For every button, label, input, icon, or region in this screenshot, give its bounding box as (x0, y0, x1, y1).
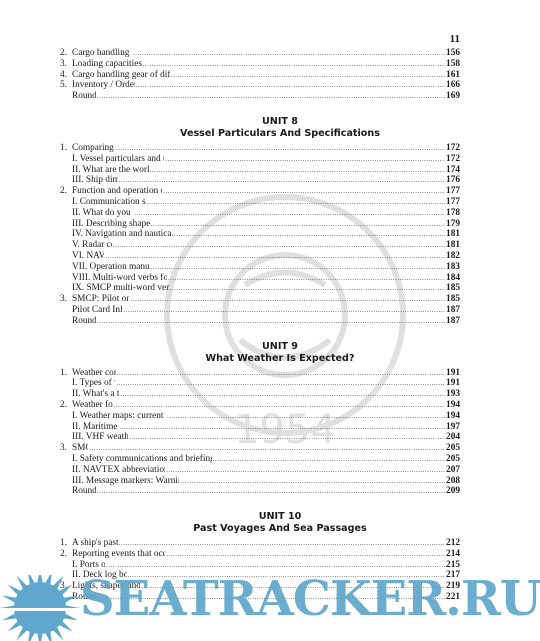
entry-number: 3. (60, 581, 72, 592)
dot-leader (120, 422, 446, 433)
entry-page: 205 (446, 443, 460, 454)
toc-entry[interactable]: II. What do you use this for?178 (60, 208, 460, 219)
entry-title: III. Ship dimensions (72, 175, 118, 186)
entry-title: VI. NAVTEX (72, 251, 104, 262)
dot-leader (166, 465, 445, 476)
dot-leader (113, 240, 445, 251)
dot-leader (119, 538, 445, 549)
dot-leader (130, 294, 445, 305)
toc-entry[interactable]: 1.Comparing vessels172 (60, 143, 460, 154)
entry-title: IX. SMCP multi-word verbs for various op… (72, 283, 169, 294)
entry-title: A ship's past voyage (72, 538, 118, 549)
entry-title: Weather conditions (72, 368, 116, 379)
toc-entry[interactable]: 4.Cargo handling gear of different types… (60, 70, 460, 81)
entry-page: 172 (446, 154, 460, 165)
dot-leader (129, 432, 445, 443)
toc-entry[interactable]: VI. NAVTEX182 (60, 251, 460, 262)
toc-entry[interactable]: 1.A ship's past voyage212 (60, 538, 460, 549)
toc-entry[interactable]: IV. Navigation and nautical equipment on… (60, 229, 460, 240)
entry-page: 214 (446, 549, 460, 560)
entry-number: 1. (60, 368, 72, 379)
toc-entry[interactable]: I. Types of weather191 (60, 378, 460, 389)
entry-title: I. Ports of call (72, 560, 105, 571)
dot-leader (133, 48, 445, 59)
entry-title: VII. Operation manuals: SART, Radar (72, 262, 150, 273)
dot-leader (114, 400, 445, 411)
entry-title: SMCP: Pilot on the bridge (72, 294, 129, 305)
dot-leader (163, 186, 445, 197)
toc-entry[interactable]: V. Radar controls181 (60, 240, 460, 251)
entry-page: 177 (446, 197, 460, 208)
entry-title: Function and operation of equipment on b… (72, 186, 162, 197)
entry-title: I. Types of weather (72, 378, 115, 389)
toc-entry[interactable]: III. Ship dimensions176 (60, 175, 460, 186)
dot-leader (150, 165, 445, 176)
entry-page: 158 (446, 59, 460, 70)
dot-leader (97, 91, 445, 102)
entry-title: Comparing vessels (72, 143, 115, 154)
dot-leader (170, 283, 445, 294)
entry-page: 215 (446, 560, 460, 571)
entry-title: II. What do you use this for? (72, 208, 133, 219)
dot-leader (165, 154, 445, 165)
entry-number: 2. (60, 400, 72, 411)
dot-leader (89, 443, 445, 454)
entry-title: II. NAVTEX abbreviations for weather for… (72, 465, 165, 476)
entry-page: 212 (446, 538, 460, 549)
entry-title: III. VHF weather forecast (72, 432, 128, 443)
entry-page: 197 (446, 422, 460, 433)
entry-page: 209 (446, 486, 460, 497)
entry-page: 166 (446, 80, 460, 91)
entry-title: II. Maritime forecast (72, 422, 119, 433)
dot-leader (123, 305, 445, 316)
entry-page: 181 (446, 229, 460, 240)
entry-title: I. Communication safety equipment (72, 197, 146, 208)
entry-title: III. Message markers: Warning, Advice, R… (72, 476, 179, 487)
entry-title: IV. Navigation and nautical equipment on… (72, 229, 171, 240)
unit-title: Past Voyages And Sea Passages (100, 523, 460, 535)
entry-title: I. Safety communications and briefing on… (72, 454, 212, 465)
entry-title: II. What's a tsunami? (72, 389, 119, 400)
entry-title: Weather forecasts (72, 400, 113, 411)
entry-page: 194 (446, 411, 460, 422)
toc-entry[interactable]: Round-up209 (60, 486, 460, 497)
dot-leader (168, 273, 445, 284)
entry-page: 187 (446, 305, 460, 316)
entry-number: 1. (60, 538, 72, 549)
toc-entry[interactable]: I. Communication safety equipment177 (60, 197, 460, 208)
entry-title: Pilot Card Information (72, 305, 122, 316)
table-of-contents: 2.Cargo handling (SMCP B3)1563.Loading c… (60, 48, 460, 603)
dot-leader (213, 454, 445, 465)
entry-page: 194 (446, 400, 460, 411)
entry-title: V. Radar controls (72, 240, 112, 251)
unit-section: UNIT 9What Weather Is Expected?1.Weather… (60, 341, 460, 498)
entry-page: 156 (446, 48, 460, 59)
entry-page: 177 (446, 186, 460, 197)
toc-entry[interactable]: II. What are the world's largest ships?1… (60, 165, 460, 176)
toc-entry[interactable]: I. Vessel particulars and technical spec… (60, 154, 460, 165)
dot-leader (147, 197, 445, 208)
entry-page: 181 (446, 240, 460, 251)
toc-entry[interactable]: I. Safety communications and briefing on… (60, 454, 460, 465)
unit-label: UNIT 8 (100, 116, 460, 128)
toc-entry[interactable]: Pilot Card Information187 (60, 305, 460, 316)
toc-entry[interactable]: IX. SMCP multi-word verbs for various op… (60, 283, 460, 294)
toc-entry[interactable]: II. Maritime forecast197 (60, 422, 460, 433)
entry-title: Reporting events that occur during a sea… (72, 549, 165, 560)
toc-entry[interactable]: III. Describing shapes and dimensions179 (60, 219, 460, 230)
toc-entry[interactable]: I. Weather maps: current and anticipated… (60, 411, 460, 422)
unit-label: UNIT 10 (100, 511, 460, 523)
toc-entry[interactable]: VII. Operation manuals: SART, Radar183 (60, 262, 460, 273)
dot-leader (180, 476, 445, 487)
entry-page: 179 (446, 219, 460, 230)
entry-page: 191 (446, 368, 460, 379)
entry-title: III. Describing shapes and dimensions (72, 219, 150, 230)
entry-number: 1. (60, 143, 72, 154)
unit-title: Vessel Particulars And Specifications (100, 128, 460, 140)
entry-page: 204 (446, 432, 460, 443)
toc-entry[interactable]: III. Message markers: Warning, Advice, R… (60, 476, 460, 487)
entry-title: Loading capacities and quantities (72, 59, 142, 70)
entry-number: 2. (60, 186, 72, 197)
entry-number: 3. (60, 443, 72, 454)
watermark-logo-text: SEATRACKER.RU (80, 574, 540, 624)
dot-leader (172, 229, 445, 240)
entry-number: 3. (60, 59, 72, 70)
dot-leader (97, 316, 445, 327)
toc-entry[interactable]: 1.Weather conditions191 (60, 368, 460, 379)
dot-leader (166, 549, 445, 560)
unit-label: UNIT 9 (100, 341, 460, 353)
dot-leader (116, 143, 445, 154)
entry-title: II. What are the world's largest ships? (72, 165, 149, 176)
dot-leader (134, 208, 445, 219)
entry-number: 4. (60, 70, 72, 81)
dot-leader (116, 378, 445, 389)
entry-title: SMCP (72, 443, 88, 454)
entry-title: I. Weather maps: current and anticipated… (72, 411, 166, 422)
entry-title: Round-up (72, 316, 96, 327)
dot-leader (171, 70, 445, 81)
intro-entries: 2.Cargo handling (SMCP B3)1563.Loading c… (60, 48, 460, 102)
dot-leader (105, 251, 445, 262)
entry-page: 178 (446, 208, 460, 219)
entry-page: 191 (446, 378, 460, 389)
entry-page: 208 (446, 476, 460, 487)
entry-page: 169 (446, 91, 460, 102)
toc-entry[interactable]: 3.SMCP205 (60, 443, 460, 454)
toc-entry[interactable]: Round-up169 (60, 91, 460, 102)
page-number: 11 (440, 33, 460, 45)
unit-title: What Weather Is Expected? (100, 353, 460, 365)
entry-page: 161 (446, 70, 460, 81)
dot-leader (151, 219, 445, 230)
dot-leader (119, 175, 445, 186)
toc-entry[interactable]: II. What's a tsunami?193 (60, 389, 460, 400)
toc-entry[interactable]: III. VHF weather forecast204 (60, 432, 460, 443)
toc-entry[interactable]: I. Ports of call215 (60, 560, 460, 571)
entry-number: 2. (60, 549, 72, 560)
entry-title: Cargo handling (SMCP B3) (72, 48, 132, 59)
entry-title: Round-up (72, 91, 96, 102)
entry-page: 182 (446, 251, 460, 262)
entry-title: Inventory / Ordering supplies (72, 80, 135, 91)
entry-title: Round-up (72, 486, 96, 497)
entry-title: VIII. Multi-word verbs for mechanical op… (72, 273, 167, 284)
toc-entry[interactable]: VIII. Multi-word verbs for mechanical op… (60, 273, 460, 284)
toc-entry[interactable]: 2.Cargo handling (SMCP B3)156 (60, 48, 460, 59)
entry-number: 5. (60, 80, 72, 91)
dot-leader (106, 560, 445, 571)
dot-leader (120, 389, 445, 400)
entry-page: 207 (446, 465, 460, 476)
entry-title: I. Vessel particulars and technical spec… (72, 154, 164, 165)
unit-entries: 1.Comparing vessels172I. Vessel particul… (60, 143, 460, 327)
toc-entry[interactable]: 2.Reporting events that occur during a s… (60, 549, 460, 560)
dot-leader (97, 486, 445, 497)
entry-page: 176 (446, 175, 460, 186)
toc-entry[interactable]: 3.Loading capacities and quantities158 (60, 59, 460, 70)
toc-entry[interactable]: 3.SMCP: Pilot on the bridge185 (60, 294, 460, 305)
entry-number: 3. (60, 294, 72, 305)
toc-entry[interactable]: Round-up187 (60, 316, 460, 327)
dot-leader (167, 411, 445, 422)
entry-page: 185 (446, 283, 460, 294)
dot-leader (117, 368, 445, 379)
unit-entries: 1.Weather conditions191I. Types of weath… (60, 368, 460, 498)
entry-number: 2. (60, 48, 72, 59)
toc-entry[interactable]: 5.Inventory / Ordering supplies166 (60, 80, 460, 91)
entry-page: 193 (446, 389, 460, 400)
dot-leader (143, 59, 445, 70)
entry-page: 184 (446, 273, 460, 284)
unit-section: UNIT 8Vessel Particulars And Specificati… (60, 116, 460, 327)
entry-title: Cargo handling gear of different types o… (72, 70, 170, 81)
toc-entry[interactable]: II. NAVTEX abbreviations for weather for… (60, 465, 460, 476)
dot-leader (151, 262, 445, 273)
entry-page: 183 (446, 262, 460, 273)
dot-leader (136, 80, 445, 91)
entry-page: 174 (446, 165, 460, 176)
entry-page: 187 (446, 316, 460, 327)
toc-entry[interactable]: 2.Function and operation of equipment on… (60, 186, 460, 197)
entry-page: 185 (446, 294, 460, 305)
entry-page: 205 (446, 454, 460, 465)
entry-page: 172 (446, 143, 460, 154)
toc-entry[interactable]: 2.Weather forecasts194 (60, 400, 460, 411)
